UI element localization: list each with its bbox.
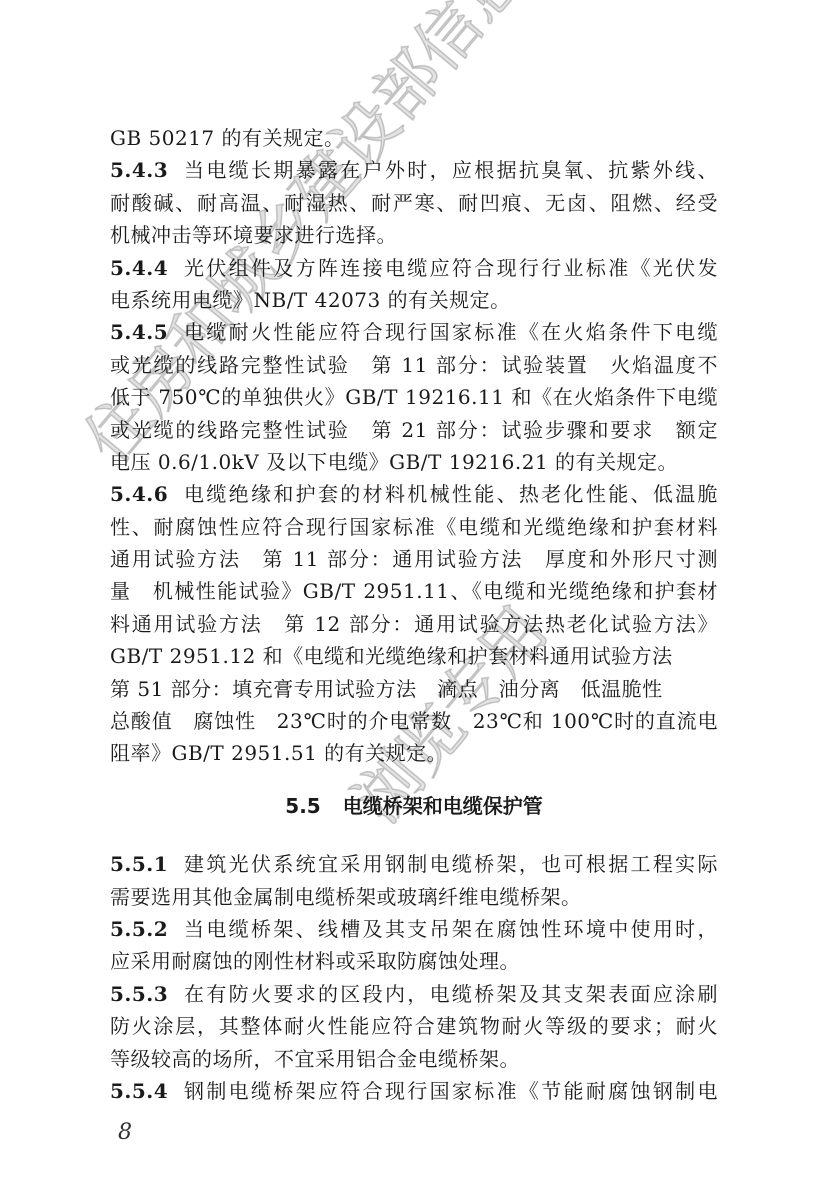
clause-text: 电压 0.6/1.0kV 及以下电缆》GB/T 19216.21 的有关规定。: [110, 446, 718, 478]
clause-text: 光伏组件及方阵连接电缆应符合现行行业标准《光伏发: [182, 256, 718, 280]
clause-text: 总酸值 腐蚀性 23℃时的介电常数 23℃和 100℃时的直流电: [110, 705, 718, 737]
clause-5-4-6: 5.4.6电缆绝缘和护套的材料机械性能、热老化性能、低温脆 性、耐腐蚀性应符合现…: [110, 478, 718, 770]
clause-text: 当电缆长期暴露在户外时，应根据抗臭氧、抗紫外线、: [182, 158, 718, 182]
clause-number: 5.5.4: [110, 1079, 168, 1103]
clause-text: 等级较高的场所，不宜采用铝合金电缆桥架。: [110, 1043, 718, 1075]
section-title: 电缆桥架和电缆保护管: [343, 794, 543, 818]
clause-text: 低于 750℃的单独供火》GB/T 19216.11 和《在火焰条件下电缆: [110, 381, 718, 413]
clause-text: 量 机械性能试验》GB/T 2951.11、《电缆和光缆绝缘和护套材: [110, 575, 718, 607]
clause-number: 5.5.3: [110, 982, 168, 1006]
section-number: 5.5: [285, 794, 320, 818]
clause-number: 5.5.1: [110, 852, 168, 876]
clause-number: 5.4.3: [110, 158, 168, 182]
clause-5-4-4: 5.4.4光伏组件及方阵连接电缆应符合现行行业标准《光伏发 电系统用电缆》NB/…: [110, 252, 718, 317]
clause-text: 电缆绝缘和护套的材料机械性能、热老化性能、低温脆: [182, 482, 718, 506]
clause-5-5-1: 5.5.1建筑光伏系统宜采用钢制电缆桥架，也可根据工程实际 需要选用其他金属制电…: [110, 848, 718, 913]
clause-5-5-4: 5.5.4钢制电缆桥架应符合现行国家标准《节能耐腐蚀钢制电: [110, 1075, 718, 1107]
clause-text: 性、耐腐蚀性应符合现行国家标准《电缆和光缆绝缘和护套材料: [110, 511, 718, 543]
clause-text: 当电缆桥架、线槽及其支吊架在腐蚀性环境中使用时，: [182, 917, 718, 941]
document-page: GB 50217 的有关规定。 5.4.3当电缆长期暴露在户外时，应根据抗臭氧、…: [110, 122, 718, 1107]
clause-text: 通用试验方法 第 11 部分：通用试验方法 厚度和外形尺寸测: [110, 543, 718, 575]
clause-number: 5.4.6: [110, 482, 168, 506]
clause-text: 机械冲击等环境要求进行选择。: [110, 219, 718, 251]
clause-number: 5.5.2: [110, 917, 168, 941]
clause-5-4-3: 5.4.3当电缆长期暴露在户外时，应根据抗臭氧、抗紫外线、 耐酸碱、耐高温、耐湿…: [110, 154, 718, 251]
clause-text: 应采用耐腐蚀的刚性材料或采取防腐蚀处理。: [110, 945, 718, 977]
clause-text: GB/T 2951.12 和《电缆和光缆绝缘和护套材料通用试验方法: [110, 640, 718, 672]
clause-text: 建筑光伏系统宜采用钢制电缆桥架，也可根据工程实际: [182, 852, 718, 876]
clause-text: 或光缆的线路完整性试验 第 11 部分：试验装置 火焰温度不: [110, 349, 718, 381]
clause-text: 料通用试验方法 第 12 部分：通用试验方法热老化试验方法》: [110, 608, 718, 640]
clause-text: 钢制电缆桥架应符合现行国家标准《节能耐腐蚀钢制电: [182, 1079, 718, 1103]
section-heading: 5.5电缆桥架和电缆保护管: [110, 790, 718, 822]
clause-text: 在有防火要求的区段内，电缆桥架及其支架表面应涂刷: [182, 982, 718, 1006]
clause-text: 第 51 部分：填充膏专用试验方法 滴点 油分离 低温脆性: [110, 673, 718, 705]
clause-5-5-2: 5.5.2当电缆桥架、线槽及其支吊架在腐蚀性环境中使用时， 应采用耐腐蚀的刚性材…: [110, 913, 718, 978]
clause-number: 5.4.4: [110, 256, 168, 280]
clause-number: 5.4.5: [110, 320, 168, 344]
clause-text: 需要选用其他金属制电缆桥架或玻璃纤维电缆桥架。: [110, 881, 718, 913]
clause-text: 防火涂层，其整体耐火性能应符合建筑物耐火等级的要求；耐火: [110, 1010, 718, 1042]
clause-text: 或光缆的线路完整性试验 第 21 部分：试验步骤和要求 额定: [110, 414, 718, 446]
continuation-line: GB 50217 的有关规定。: [110, 122, 718, 154]
page-number: 8: [118, 1120, 132, 1145]
clause-5-5-3: 5.5.3在有防火要求的区段内，电缆桥架及其支架表面应涂刷 防火涂层，其整体耐火…: [110, 978, 718, 1075]
clause-5-4-5: 5.4.5电缆耐火性能应符合现行国家标准《在火焰条件下电缆 或光缆的线路完整性试…: [110, 316, 718, 478]
clause-text: 电缆耐火性能应符合现行国家标准《在火焰条件下电缆: [182, 320, 718, 344]
clause-text: 阻率》GB/T 2951.51 的有关规定。: [110, 737, 718, 769]
clause-text: 耐酸碱、耐高温、耐湿热、耐严寒、耐凹痕、无卤、阻燃、经受: [110, 187, 718, 219]
clause-text: 电系统用电缆》NB/T 42073 的有关规定。: [110, 284, 718, 316]
